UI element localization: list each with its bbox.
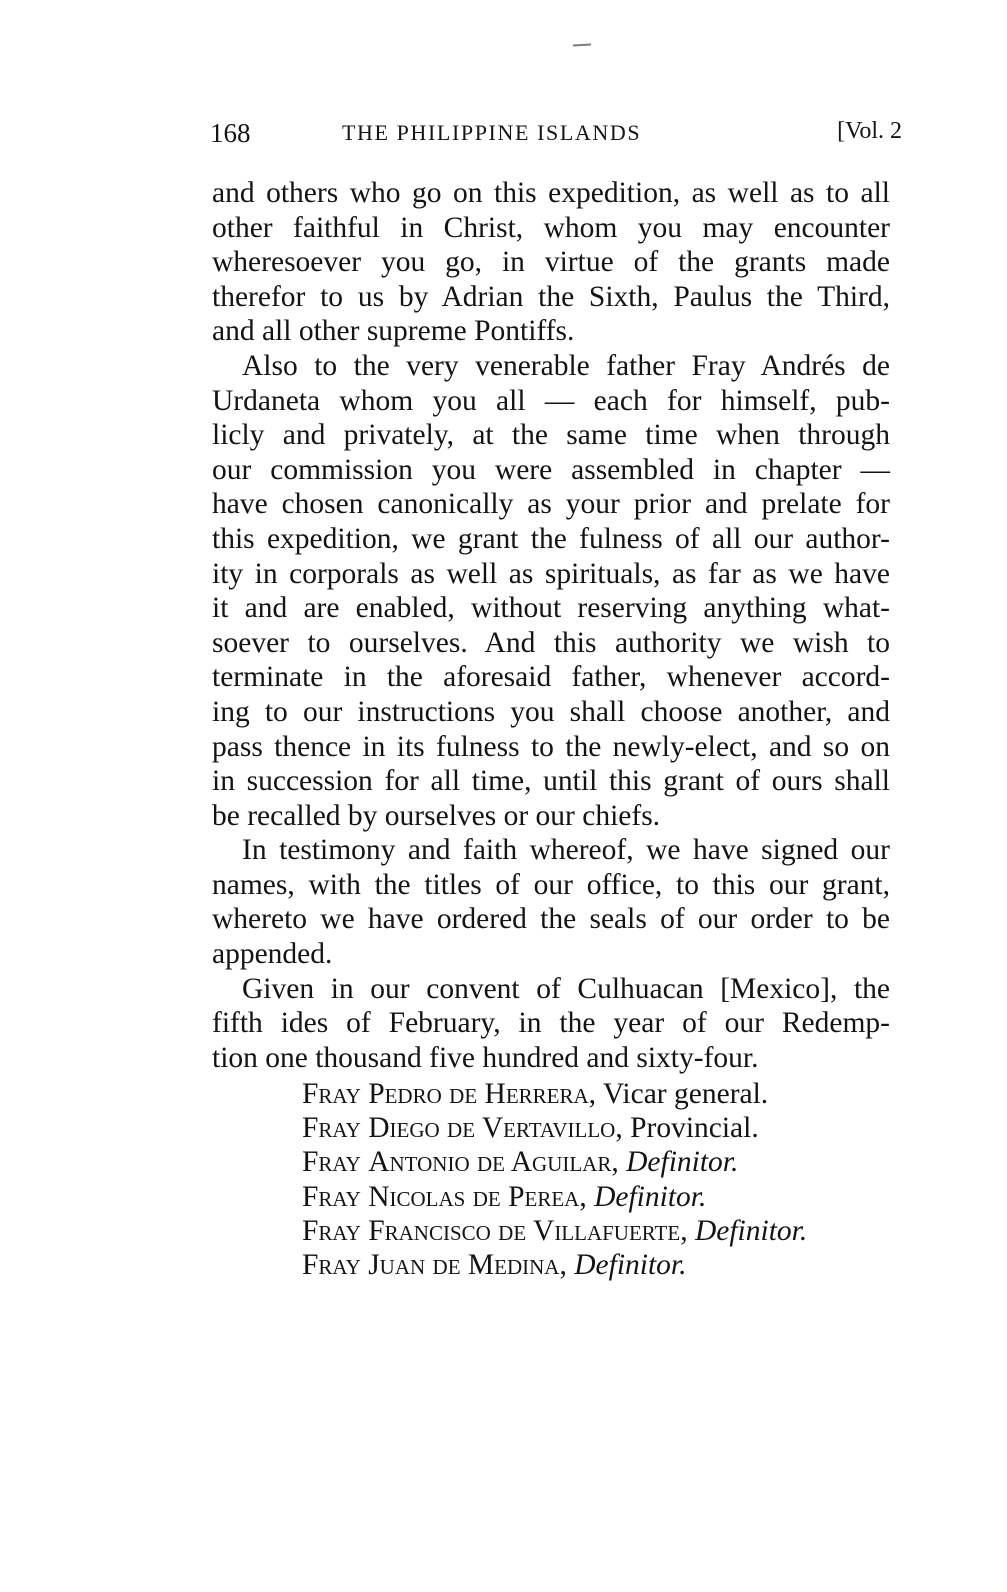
text-line: pass thence in its fulness to the newly-… [212,730,890,765]
signature-name: Pedro de Herrera [368,1078,588,1110]
signature-sep: , [611,1146,626,1178]
signature-line: Fray Antonio de Aguilar, Definitor. [302,1145,807,1179]
signature-line: Fray Pedro de Herrera, Vicar general. [302,1077,807,1111]
running-head: 168 THE PHILIPPINE ISLANDS [Vol. 2 [210,112,896,152]
signature-line: Fray Nicolas de Perea, Definitor. [302,1180,807,1214]
page-number: 168 [210,118,251,149]
signature-sep: , [579,1181,594,1213]
signature-sep: , [559,1249,574,1281]
text-line: In testimony and faith whereof, we have … [212,833,890,868]
text-line: appended. [212,937,890,972]
text-line: this expedition, we grant the fulness of… [212,522,890,557]
signature-name: Juan de Medina [368,1249,559,1281]
text-line: wheresoever you go, in virtue of the gra… [212,245,890,280]
text-line: ity in corporals as well as spirituals, … [212,557,890,592]
signature-name: Francisco de Villafuerte [368,1215,680,1247]
signature-title: Definitor. [626,1146,738,1178]
text-line: other faithful in Christ, whom you may e… [212,211,890,246]
paragraph: and others who go on this expedition, as… [212,176,890,349]
signature-fray: Fray [302,1215,361,1247]
signature-name: Nicolas de Perea [368,1181,579,1213]
signature-title: Vicar general. [603,1078,768,1110]
signature-sep: , [589,1078,603,1110]
signature-name: Diego de Vertavillo [368,1112,615,1144]
text-line: whereto we have ordered the seals of our… [212,902,890,937]
signature-line: Fray Juan de Medina, Definitor. [302,1248,807,1282]
signature-block: Fray Pedro de Herrera, Vicar general. Fr… [302,1077,807,1282]
signature-fray: Fray [302,1146,361,1178]
signature-title: Provincial. [630,1112,759,1144]
text-line: Also to the very venerable father Fray A… [212,349,890,384]
signature-title: Definitor. [574,1249,686,1281]
text-line: have chosen canonically as your prior an… [212,487,890,522]
text-line: therefor to us by Adrian the Sixth, Paul… [212,280,890,315]
text-line: terminate in the aforesaid father, whene… [212,660,890,695]
signature-sep: , [680,1215,695,1247]
text-line: and others who go on this expedition, as… [212,176,890,211]
body-text: and others who go on this expedition, as… [212,176,890,1075]
running-title: THE PHILIPPINE ISLANDS [342,120,641,146]
signature-title: Definitor. [695,1215,807,1247]
signature-line: Fray Francisco de Villafuerte, Definitor… [302,1214,807,1248]
text-line: in succession for all time, until this g… [212,764,890,799]
text-line: Given in our convent of Culhuacan [Mexic… [212,972,890,1007]
text-line: tion one thousand five hundred and sixty… [212,1041,890,1076]
signature-title: Definitor. [594,1181,706,1213]
text-line: it and are enabled, without reserving an… [212,591,890,626]
paragraph: Given in our convent of Culhuacan [Mexic… [212,972,890,1076]
signature-fray: Fray [302,1112,361,1144]
volume-label: [Vol. 2 [837,118,902,145]
text-line: names, with the titles of our office, to… [212,868,890,903]
signature-fray: Fray [302,1181,361,1213]
text-line: licly and privately, at the same time wh… [212,418,890,453]
text-line: Urdaneta whom you all — each for himself… [212,384,890,419]
text-line: soever to ourselves. And this authority … [212,626,890,661]
signature-sep: , [615,1112,630,1144]
signature-name: Antonio de Aguilar [368,1146,611,1178]
signature-line: Fray Diego de Vertavillo, Provincial. [302,1111,807,1145]
signature-fray: Fray [302,1249,361,1281]
paragraph: Also to the very venerable father Fray A… [212,349,890,833]
text-line: and all other supreme Pontiffs. [212,314,890,349]
text-line: fifth ides of February, in the year of o… [212,1006,890,1041]
paragraph: In testimony and faith whereof, we have … [212,833,890,971]
text-line: be recalled by ourselves or our chiefs. [212,799,890,834]
text-line: ing to our instructions you shall choose… [212,695,890,730]
text-line: our commission you were assembled in cha… [212,453,890,488]
signature-fray: Fray [302,1078,361,1110]
scan-artifact-mark [573,44,591,47]
